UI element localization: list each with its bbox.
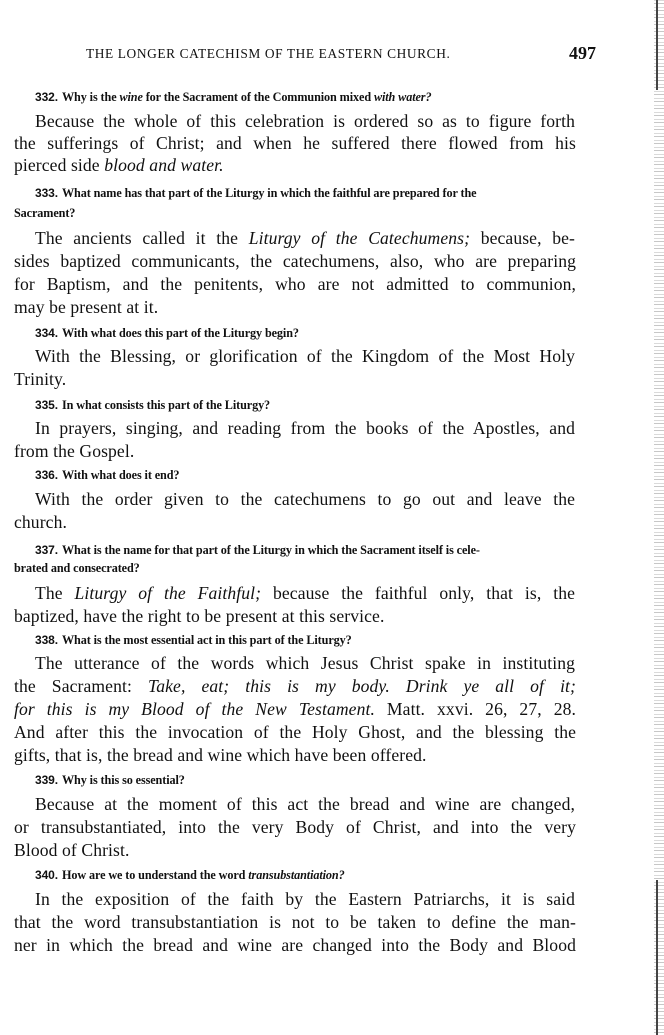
answer-338-line-4: And after this the invocation of the Hol… xyxy=(14,722,576,743)
answer-338-line-5: gifts, that is, the bread and wine which… xyxy=(14,745,576,766)
answer-337-line-1: The Liturgy of the Faithful; because the… xyxy=(35,583,575,604)
question-334: 334.With what does this part of the Litu… xyxy=(35,326,299,341)
page-edge-shadow-top xyxy=(656,0,658,90)
question-333-cont: Sacrament? xyxy=(14,206,75,221)
page-edge-shadow-bottom xyxy=(656,880,658,1035)
question-339: 339.Why is this so essential? xyxy=(35,773,185,788)
answer-336-line-2: church. xyxy=(14,512,576,533)
answer-334-line-2: Trinity. xyxy=(14,369,576,390)
answer-336-line-1: With the order given to the catechumens … xyxy=(35,489,575,510)
answer-333-line-4: may be present at it. xyxy=(14,297,576,318)
question-336: 336.With what does it end? xyxy=(35,468,179,483)
answer-339-line-1: Because at the moment of this act the br… xyxy=(35,794,575,815)
book-page: THE LONGER CATECHISM OF THE EASTERN CHUR… xyxy=(0,0,664,1035)
answer-338-line-2: the Sacrament: Take, eat; this is my bod… xyxy=(14,676,576,697)
answer-340-line-2: that the word transubstantiation is not … xyxy=(14,912,576,933)
question-340: 340.How are we to understand the word tr… xyxy=(35,868,345,883)
question-337-cont: brated and consecrated? xyxy=(14,561,140,576)
answer-335-line-2: from the Gospel. xyxy=(14,441,576,462)
answer-338-line-3: for this is my Blood of the New Testamen… xyxy=(14,699,576,720)
answer-340-line-3: ner in which the bread and wine are chan… xyxy=(14,935,576,956)
running-title: THE LONGER CATECHISM OF THE EASTERN CHUR… xyxy=(86,46,450,62)
page-number: 497 xyxy=(569,43,596,64)
answer-340-line-1: In the exposition of the faith by the Ea… xyxy=(35,889,575,910)
answer-337-line-2: baptized, have the right to be present a… xyxy=(14,606,576,627)
answer-332-line-1: Because the whole of this celebration is… xyxy=(35,111,575,132)
answer-333-line-3: for Baptism, and the penitents, who are … xyxy=(14,274,576,295)
page-header: THE LONGER CATECHISM OF THE EASTERN CHUR… xyxy=(86,44,596,68)
answer-333-line-1: The ancients called it the Liturgy of th… xyxy=(35,228,575,249)
answer-333-line-2: sides baptized communicants, the catechu… xyxy=(14,251,576,272)
answer-339-line-3: Blood of Christ. xyxy=(14,840,576,861)
question-337: 337.What is the name for that part of th… xyxy=(35,543,480,558)
answer-335-line-1: In prayers, singing, and reading from th… xyxy=(35,418,575,439)
question-333: 333.What name has that part of the Litur… xyxy=(35,186,476,201)
answer-339-line-2: or transubstantiated, into the very Body… xyxy=(14,817,576,838)
answer-332-line-2: the sufferings of Christ; and when he su… xyxy=(14,133,576,154)
answer-334-line-1: With the Blessing, or glorification of t… xyxy=(35,346,575,367)
question-338: 338.What is the most essential act in th… xyxy=(35,633,352,648)
question-332: 332.Why is the wine for the Sacrament of… xyxy=(35,90,431,105)
question-335: 335.In what consists this part of the Li… xyxy=(35,398,270,413)
answer-338-line-1: The utterance of the words which Jesus C… xyxy=(35,653,575,674)
answer-332-line-3: pierced side blood and water. xyxy=(14,155,576,176)
